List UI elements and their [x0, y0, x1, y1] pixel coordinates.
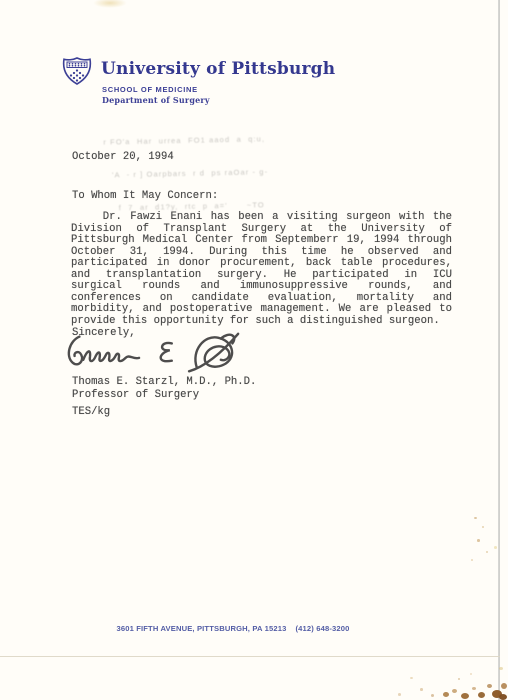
university-name: University of Pittsburgh	[101, 59, 335, 79]
bleed-through-line: 'A - r ] Oarpbars r d ps raOar - g-	[104, 164, 354, 180]
body-line: Pittsburgh Medical Center from September…	[71, 235, 452, 247]
stain-speck	[494, 546, 497, 549]
stain-speck	[472, 687, 476, 690]
letter-body: Dr. Fawzi Enani has been a visiting surg…	[71, 212, 452, 327]
body-line: provide this opportunity for such a dist…	[71, 316, 452, 328]
letterhead-footer-address: 3601 FIFTH AVENUE, PITTSBURGH, PA 15213 …	[0, 624, 466, 633]
letter-date: October 20, 1994	[72, 151, 174, 163]
stain-speck	[487, 684, 492, 688]
body-line: morbidity, and postoperative management.…	[71, 304, 452, 316]
stain-speck	[478, 692, 485, 698]
stain-speck	[452, 689, 457, 693]
university-of-pittsburgh-shield-logo	[62, 57, 92, 90]
stain-speck	[461, 693, 469, 699]
stain-speck	[443, 692, 449, 697]
stain-top-smudge	[93, 0, 127, 8]
stain-speck	[431, 694, 434, 697]
stain-speck	[470, 673, 472, 675]
stain-speck	[477, 539, 480, 542]
stain-speck	[398, 693, 401, 696]
body-line: surgical rounds and immunosuppressive ro…	[71, 281, 452, 293]
typist-reference: TES/kg	[72, 406, 110, 418]
stain-speck	[471, 559, 473, 561]
department-of-surgery-label: Department of Surgery	[102, 95, 210, 105]
stain-speck	[501, 683, 507, 689]
stain-speck	[410, 677, 413, 679]
scan-right-edge-line	[498, 0, 500, 700]
stain-speck	[482, 526, 484, 528]
bleed-through-line: r FO'a Har urrea FO1 aaod a q:u,	[103, 131, 353, 147]
page-bottom-edge-line	[0, 656, 500, 657]
signer-title: Professor of Surgery	[72, 389, 256, 402]
scanned-letter-page: University of Pittsburgh SCHOOL OF MEDIC…	[0, 0, 508, 700]
stain-speck	[499, 694, 507, 700]
signer-name: Thomas E. Starzl, M.D., Ph.D.	[72, 376, 256, 389]
stain-speck	[499, 667, 503, 670]
salutation: To Whom It May Concern:	[72, 190, 218, 202]
body-line: participated in donor procurement, back …	[71, 258, 452, 270]
signer-block: Thomas E. Starzl, M.D., Ph.D. Professor …	[72, 376, 256, 402]
stain-speck	[420, 688, 423, 691]
stain-speck	[486, 551, 488, 553]
stain-speck	[458, 678, 460, 680]
body-line: Dr. Fawzi Enani has been a visiting surg…	[71, 212, 452, 224]
stain-speck	[474, 517, 477, 519]
school-of-medicine-label: SCHOOL OF MEDICINE	[102, 85, 198, 94]
